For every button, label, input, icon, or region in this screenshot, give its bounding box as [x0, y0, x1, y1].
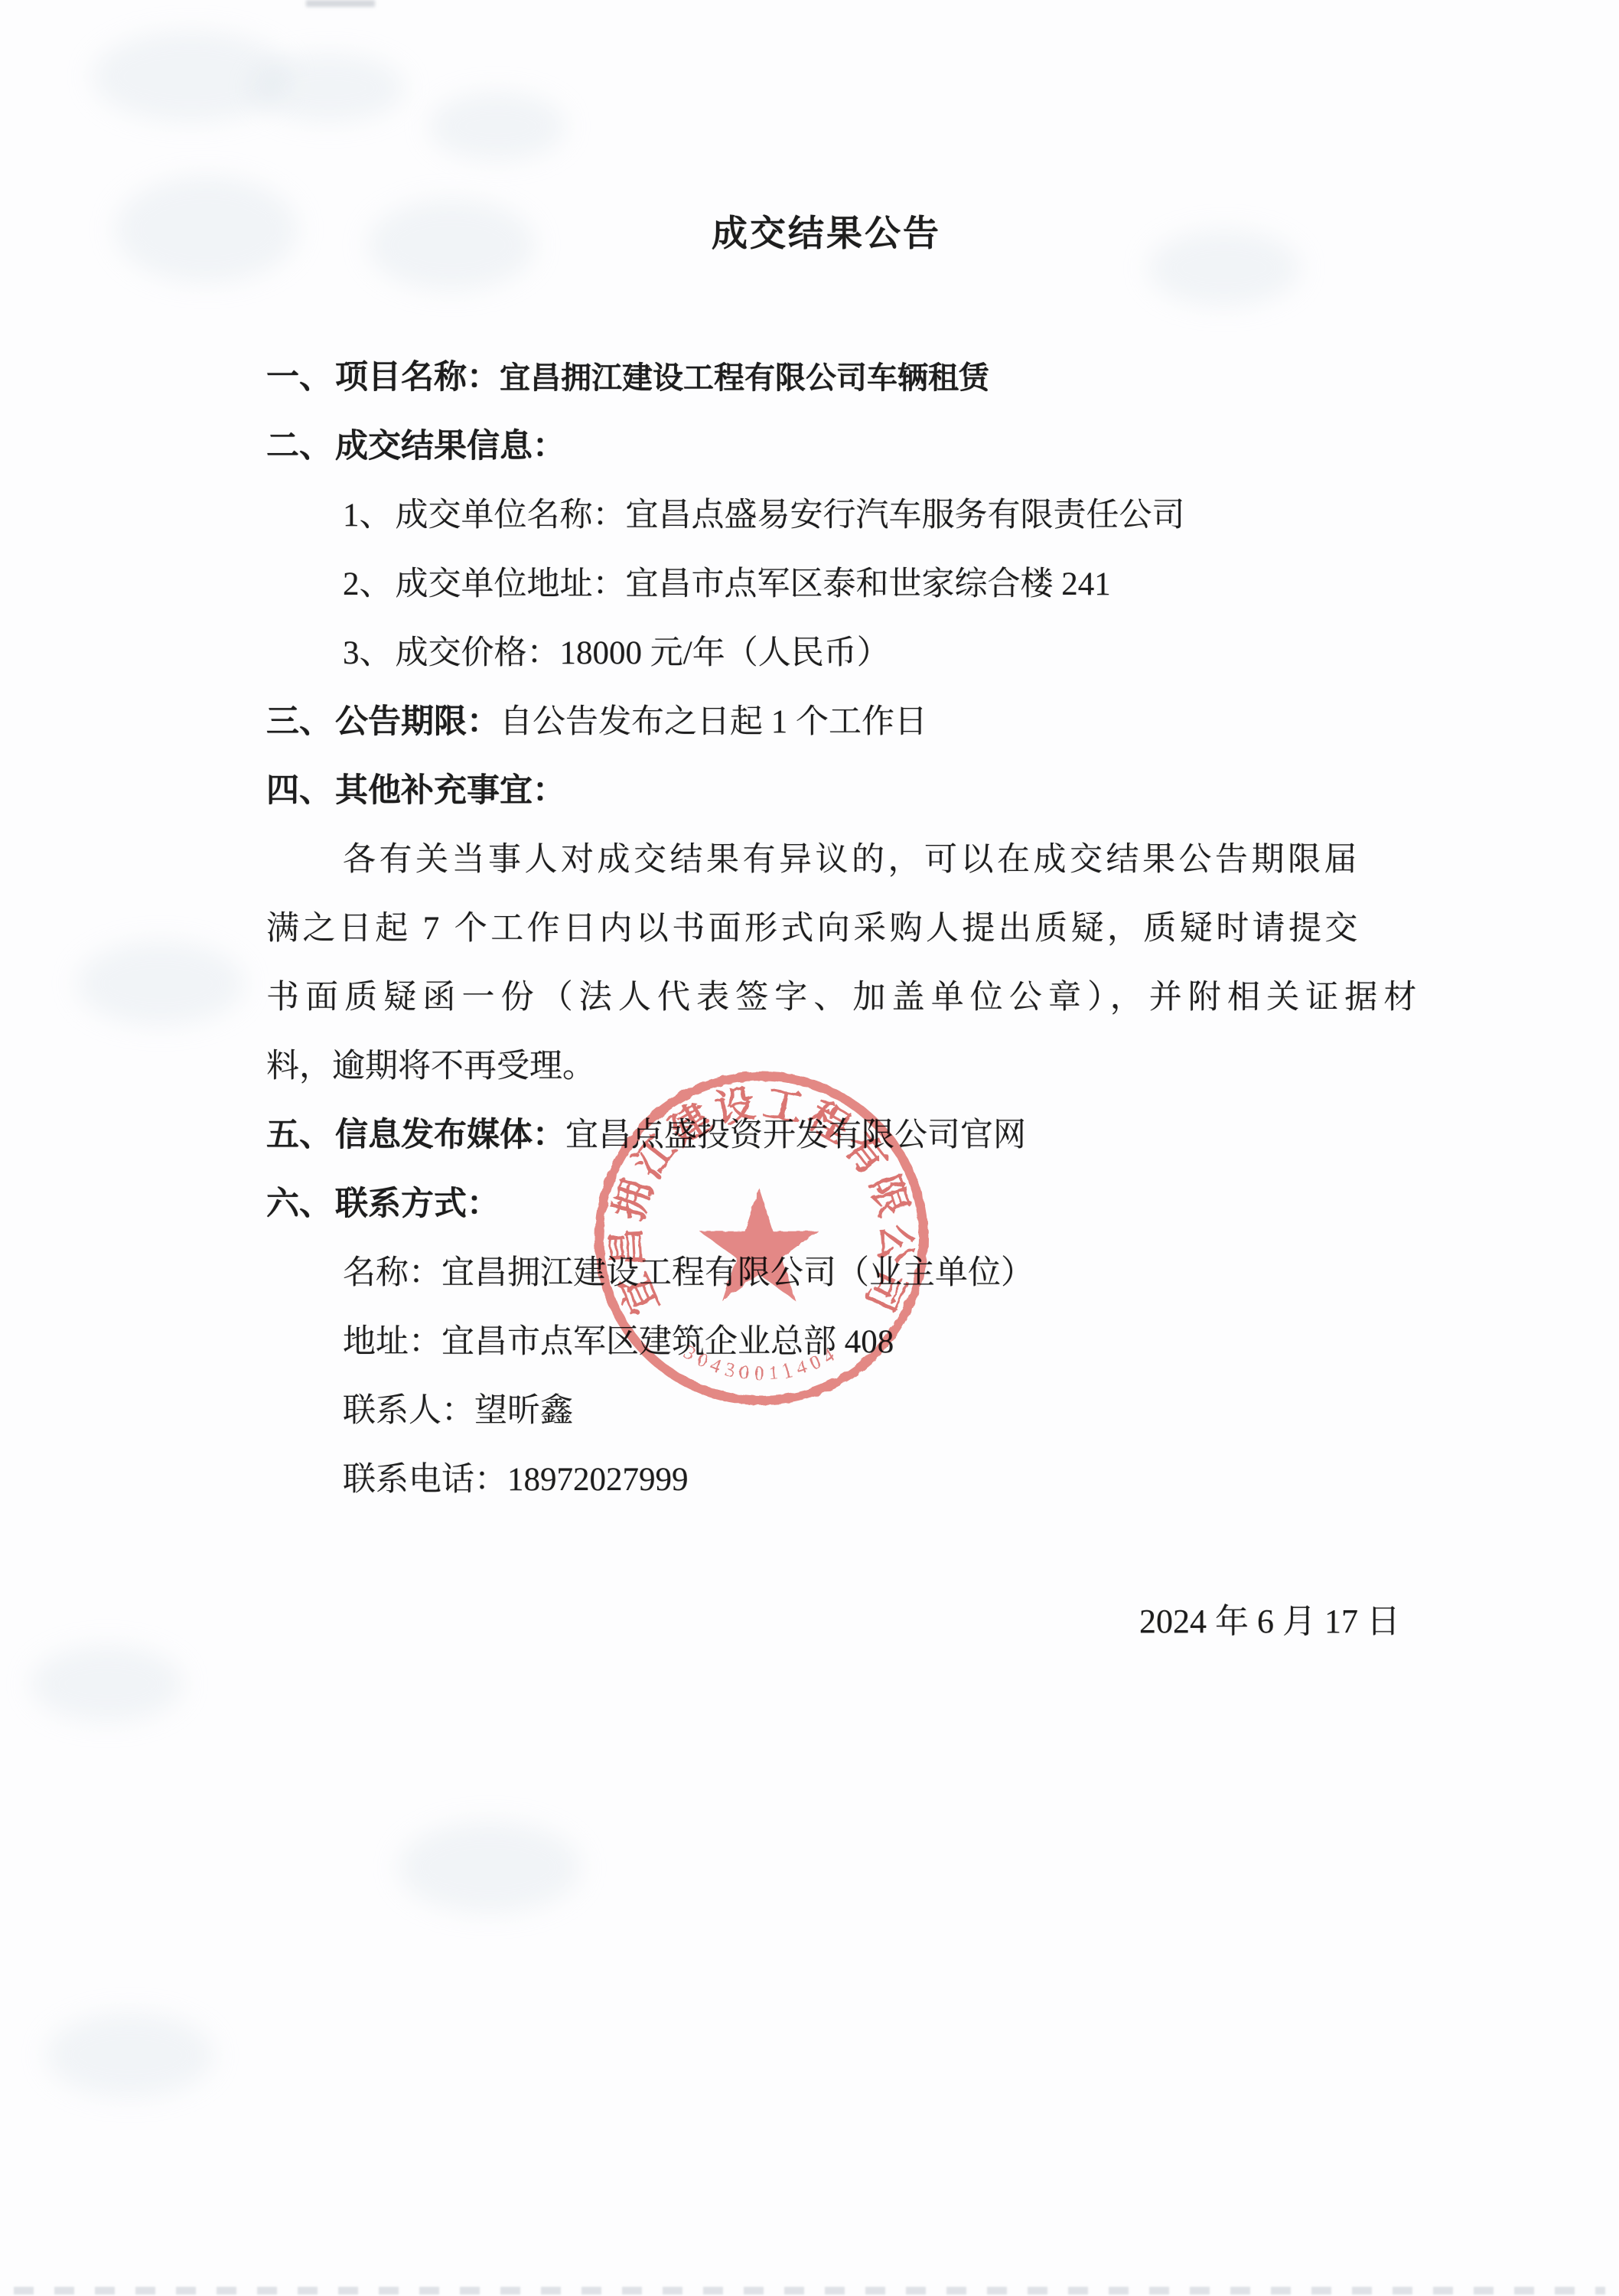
- section-label: 成交结果信息：: [335, 429, 565, 465]
- item-number: 3、: [343, 635, 393, 671]
- objection-paragraph-line: 满之日起 7 个工作日内以书面形式向采购人提出质疑，质疑时请提交: [266, 908, 1383, 951]
- seal-star-icon: [699, 1188, 819, 1301]
- section-number: 二、: [266, 429, 332, 465]
- item-number: 2、: [343, 566, 393, 602]
- scan-smudge: [398, 1821, 581, 1913]
- section-label: 项目名称：: [335, 360, 500, 396]
- section-label: 信息发布媒体：: [335, 1117, 565, 1153]
- deal-price-value: 18000 元/年（人民币）: [560, 635, 890, 671]
- objection-paragraph-line: 书面质疑函一份（法人代表签字、加盖单位公章），并附相关证据材: [266, 977, 1383, 1019]
- announcement-date: 2024 年 6 月 17 日: [1139, 1593, 1400, 1642]
- section-project-name: 一、项目名称：宜昌拥江建设工程有限公司车辆租赁: [266, 357, 1383, 400]
- section-other-matters: 四、其他补充事宜：: [266, 770, 1383, 813]
- item-label: 成交单位地址：: [396, 566, 626, 602]
- winner-name-value: 宜昌点盛易安行汽车服务有限责任公司: [626, 497, 1185, 533]
- contact-label: 地址：: [343, 1324, 441, 1360]
- section-number: 一、: [266, 360, 332, 396]
- company-seal: 宜昌拥江建设工程有限公司 30430011404: [581, 1058, 941, 1418]
- item-label: 成交单位名称：: [396, 497, 626, 533]
- section-announcement-period: 三、公告期限：自公告发布之日起 1 个工作日: [266, 701, 1383, 744]
- contact-label: 联系电话：: [343, 1462, 507, 1498]
- objection-paragraph-line: 各有关当事人对成交结果有异议的，可以在成交结果公告期限届: [266, 839, 1460, 882]
- winner-address-value: 宜昌市点军区泰和世家综合楼 241: [626, 566, 1111, 602]
- section-number: 四、: [266, 773, 332, 809]
- contact-label: 联系人：: [343, 1393, 474, 1429]
- scan-smudge: [31, 1645, 184, 1722]
- contact-label: 名称：: [343, 1255, 441, 1291]
- scan-smudge: [46, 2013, 214, 2097]
- section-label: 其他补充事宜：: [335, 773, 565, 809]
- section-label: 公告期限：: [335, 704, 500, 740]
- item-winner-name: 1、成交单位名称：宜昌点盛易安行汽车服务有限责任公司: [266, 494, 1460, 537]
- scan-noise-strip: [14, 2287, 1605, 2294]
- section-number: 三、: [266, 704, 332, 740]
- contact-phone: 联系电话：18972027999: [266, 1459, 1460, 1502]
- svg-text:30430011404: 30430011404: [679, 1341, 842, 1384]
- contact-phone-value: 18972027999: [507, 1462, 689, 1498]
- section-number: 六、: [266, 1186, 332, 1222]
- announcement-period-value: 自公告发布之日起 1 个工作日: [500, 704, 927, 740]
- scan-smudge: [428, 92, 566, 161]
- section-label: 联系方式：: [335, 1186, 500, 1222]
- item-deal-price: 3、成交价格：18000 元/年（人民币）: [266, 632, 1460, 675]
- seal-code-text: 30430011404: [679, 1341, 842, 1384]
- section-result-info: 二、成交结果信息：: [266, 426, 1383, 468]
- announcement-document: 成交结果公告 一、项目名称：宜昌拥江建设工程有限公司车辆租赁 二、成交结果信息：…: [0, 0, 1619, 2296]
- item-number: 1、: [343, 497, 393, 533]
- page-title: 成交结果公告: [17, 205, 1619, 256]
- scan-smudge: [77, 941, 245, 1026]
- company-seal-graphic: 宜昌拥江建设工程有限公司 30430011404: [581, 1058, 941, 1418]
- contact-person-value: 望昕鑫: [474, 1393, 573, 1429]
- section-number: 五、: [266, 1117, 332, 1153]
- project-name-value: 宜昌拥江建设工程有限公司车辆租赁: [500, 360, 989, 395]
- scan-mark: [306, 0, 375, 7]
- item-winner-address: 2、成交单位地址：宜昌市点军区泰和世家综合楼 241: [266, 563, 1460, 606]
- item-label: 成交价格：: [396, 635, 560, 671]
- scan-smudge: [252, 54, 406, 122]
